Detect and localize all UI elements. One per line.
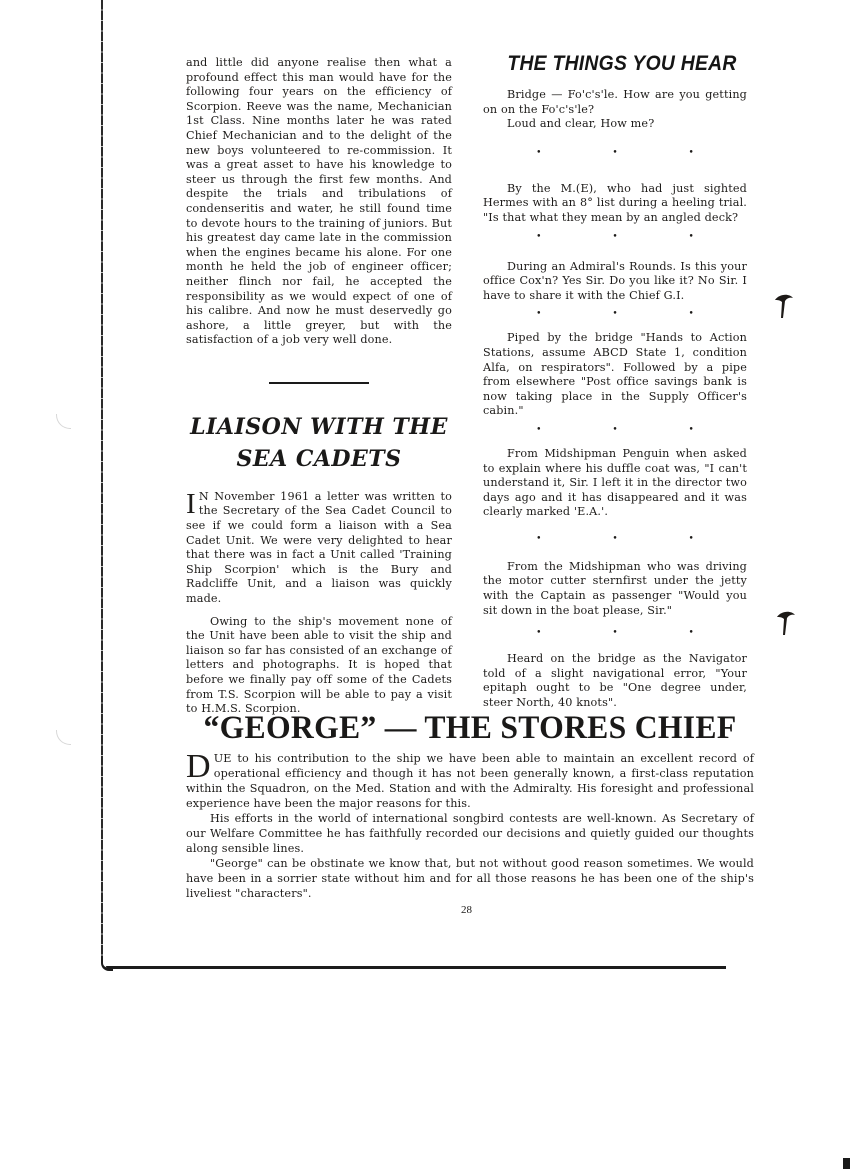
quote-text: Loud and clear, How me?	[483, 117, 747, 132]
george-title: “GEORGE” — THE STORES CHIEF	[197, 708, 742, 748]
quote-item: By the M.(E), who had just sighted Herme…	[483, 182, 747, 226]
hook-mark-icon	[773, 292, 795, 320]
george-article: “GEORGE” — THE STORES CHIEF D UE to his …	[186, 708, 754, 901]
page-bottom-edge	[106, 966, 726, 969]
george-dropcap: D	[186, 753, 211, 781]
punch-hole-icon	[56, 730, 71, 745]
liaison-title-line1: LIAISON WITH THE	[186, 411, 452, 443]
things-you-hear-title: THE THINGS YOU HEAR	[507, 50, 737, 78]
quote-text: From Midshipman Penguin when asked to ex…	[483, 447, 747, 520]
left-column: and little did anyone realise then what …	[186, 56, 452, 717]
quote-item: Bridge — Fo'c's'le. How are you getting …	[483, 88, 747, 132]
star-separator: • • •	[483, 146, 747, 160]
punch-hole-icon	[56, 414, 71, 429]
section-divider	[269, 382, 369, 384]
quote-item: During an Admiral's Rounds. Is this your…	[483, 260, 747, 304]
right-column: THE THINGS YOU HEAR Bridge — Fo'c's'le. …	[483, 50, 747, 711]
quote-item: Piped by the bridge "Hands to Action Sta…	[483, 331, 747, 419]
george-paragraph-3: "George" can be obstinate we know that, …	[186, 856, 754, 901]
quote-text: Piped by the bridge "Hands to Action Sta…	[483, 331, 747, 419]
star-separator: • • •	[483, 307, 747, 321]
george-paragraph-1: D UE to his contribution to the ship we …	[186, 751, 754, 811]
george-paragraph-1-text: UE to his contribution to the ship we ha…	[186, 752, 754, 810]
page-left-edge	[101, 0, 103, 962]
quote-text: Bridge — Fo'c's'le. How are you getting …	[483, 88, 747, 117]
liaison-title: LIAISON WITH THE SEA CADETS	[186, 411, 452, 475]
star-separator: • • •	[483, 532, 747, 546]
hook-mark-icon	[775, 609, 797, 637]
page-number: 28	[461, 904, 472, 916]
quote-item: From the Midshipman who was driving the …	[483, 560, 747, 618]
liaison-paragraph-1: I N November 1961 a letter was written t…	[186, 490, 452, 607]
quote-text: By the M.(E), who had just sighted Herme…	[483, 182, 747, 226]
reeve-article-paragraph: and little did anyone realise then what …	[186, 56, 452, 348]
quote-item: From Midshipman Penguin when asked to ex…	[483, 447, 747, 520]
quote-text: During an Admiral's Rounds. Is this your…	[483, 260, 747, 304]
liaison-dropcap: I	[186, 492, 196, 517]
quote-text: Heard on the bridge as the Navigator tol…	[483, 652, 747, 710]
liaison-paragraph-1-text: N November 1961 a letter was written to …	[186, 490, 452, 605]
star-separator: • • •	[483, 626, 747, 640]
liaison-paragraph-2: Owing to the ship's movement none of the…	[186, 615, 452, 717]
star-separator: • • •	[483, 230, 747, 244]
quote-item: Heard on the bridge as the Navigator tol…	[483, 652, 747, 710]
george-paragraph-2: His efforts in the world of internationa…	[186, 811, 754, 856]
liaison-title-line2: SEA CADETS	[186, 443, 452, 475]
star-separator: • • •	[483, 423, 747, 437]
scan-corner-mark	[843, 1158, 850, 1169]
quote-text: From the Midshipman who was driving the …	[483, 560, 747, 618]
